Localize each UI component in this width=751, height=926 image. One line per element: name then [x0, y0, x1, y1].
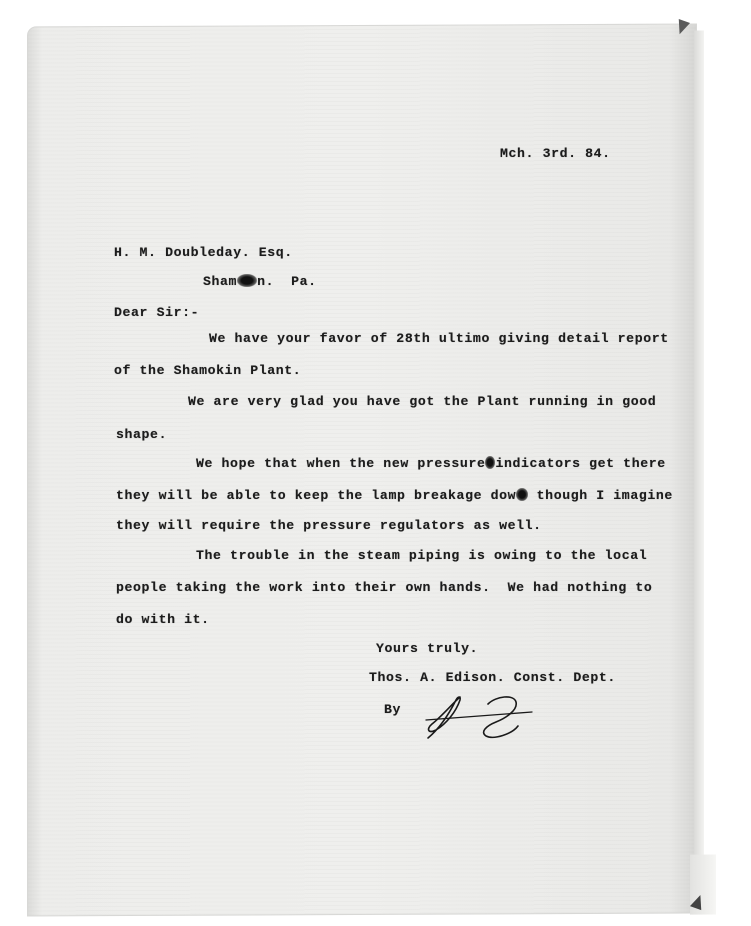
by-label: By [384, 702, 401, 717]
ink-smudge [485, 456, 495, 469]
body-line: people taking the work into their own ha… [116, 580, 652, 595]
handwritten-signature [422, 694, 542, 740]
body-line: We hope that when the new pressureindica… [196, 456, 666, 471]
body-text-segment: though I imagine [528, 488, 673, 503]
paper-edge [694, 31, 704, 911]
recipient-name: H. M. Doubleday. Esq. [114, 245, 293, 260]
closing: Yours truly. [376, 641, 478, 656]
body-text-segment: We hope that when the new pressure [196, 456, 485, 471]
body-line: they will require the pressure regulator… [116, 518, 542, 533]
recipient-address: Shamn. Pa. [203, 274, 317, 289]
body-line: do with it. [116, 612, 210, 627]
body-line: The trouble in the steam piping is owing… [196, 548, 647, 563]
body-line: We have your favor of 28th ultimo giving… [209, 331, 669, 346]
letter-date: Mch. 3rd. 84. [500, 146, 611, 161]
ink-smudge [516, 488, 528, 501]
recipient-city-end: n. [257, 274, 274, 289]
recipient-city-start: Sham [203, 274, 237, 289]
signatory: Thos. A. Edison. Const. Dept. [369, 670, 616, 685]
salutation: Dear Sir:- [114, 305, 199, 320]
body-text-segment: indicators get there [495, 456, 665, 471]
body-text-segment: they will be able to keep the lamp break… [116, 488, 516, 503]
recipient-state: Pa. [291, 274, 317, 289]
body-line: shape. [116, 427, 167, 442]
body-line: of the Shamokin Plant. [114, 363, 301, 378]
body-line: they will be able to keep the lamp break… [116, 488, 673, 503]
paper-corner-mark [674, 19, 690, 36]
ink-smudge [237, 274, 257, 287]
body-line: We are very glad you have got the Plant … [188, 394, 656, 409]
